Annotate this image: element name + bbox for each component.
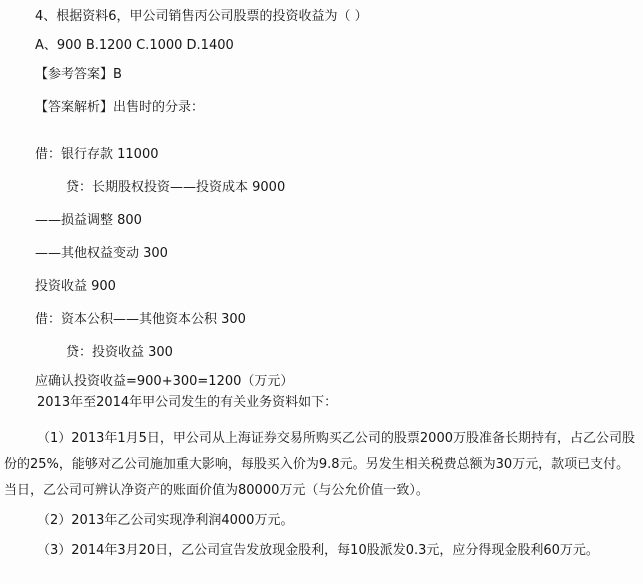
journal-entry-line: 贷：投资收益 300 xyxy=(66,344,639,361)
reference-answer: 【参考答案】B xyxy=(35,66,639,83)
answer-options: A、900 B.1200 C.1000 D.1400 xyxy=(35,37,639,54)
material-item: （3）2014年3月20日，乙公司宣告发放现金股利，每10股派发0.3元，应分得… xyxy=(4,538,639,564)
journal-entry-line: 贷：长期股权投资——投资成本 9000 xyxy=(66,179,639,196)
analysis-header: 【答案解析】出售时的分录： xyxy=(35,99,639,116)
journal-entry-line: ——其他权益变动 300 xyxy=(35,245,639,262)
journal-entry-line: 投资收益 900 xyxy=(35,278,639,295)
question-text: 4、根据资料6，甲公司销售丙公司股票的投资收益为（ ） xyxy=(35,8,639,25)
exam-document: 4、根据资料6，甲公司销售丙公司股票的投资收益为（ ） A、900 B.1200… xyxy=(0,0,643,584)
material-item: （2）2013年乙公司实现净利润4000万元。 xyxy=(4,508,639,534)
conclusion-line: 应确认投资收益=900+300=1200（万元） xyxy=(35,373,639,390)
journal-entry-line: 借：资本公积——其他资本公积 300 xyxy=(35,311,639,328)
materials-intro: 2013年至2014年甲公司发生的有关业务资料如下： xyxy=(4,390,639,416)
journal-entry-line: ——损益调整 800 xyxy=(35,212,639,229)
material-item: （1）2013年1月5日，甲公司从上海证券交易所购买乙公司的股票2000万股准备… xyxy=(4,426,639,504)
journal-entry-line: 借：银行存款 11000 xyxy=(35,146,639,163)
